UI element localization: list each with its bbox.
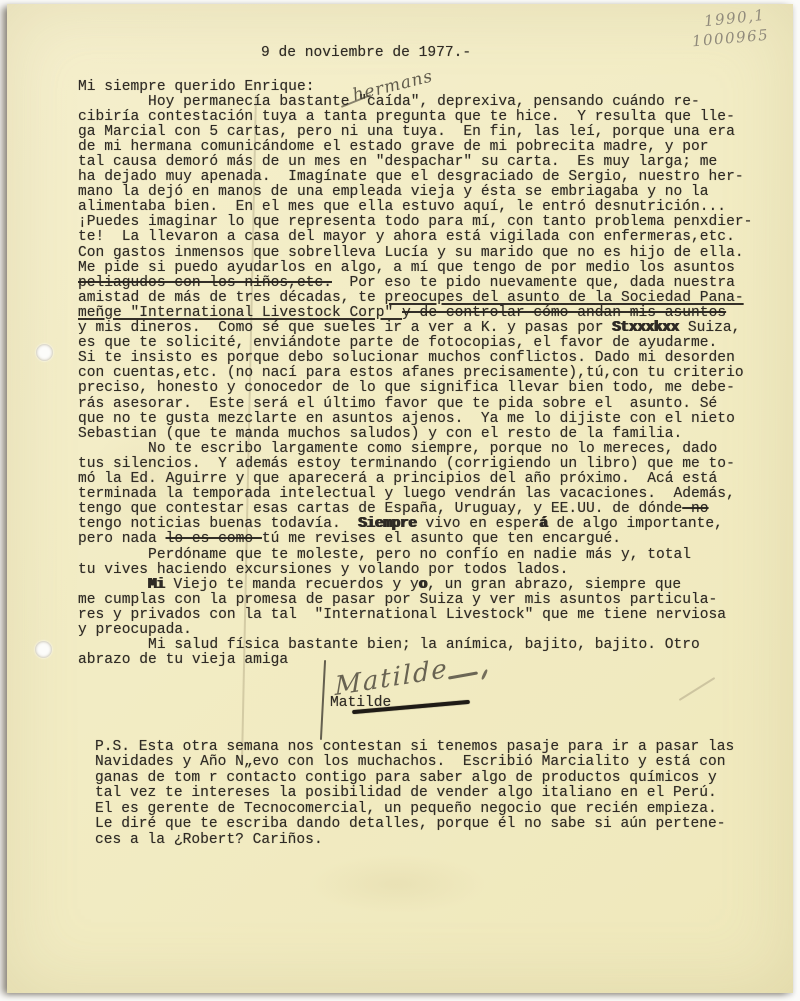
letter-line: preciso, honesto y conocedor de lo que s… xyxy=(78,381,735,396)
letter-line: Le diré que te escriba dando detalles, p… xyxy=(95,817,726,832)
letter-line: tal vez te intereses la posibilidad de v… xyxy=(95,786,717,801)
letter-line: cibiría contestación tuya a tanta pregun… xyxy=(78,110,735,125)
letter-line: tal causa demoró más de un mes en "despa… xyxy=(78,155,717,170)
letter-line: y mis dineros. Como sé que sueles ir a v… xyxy=(78,321,740,336)
letter-line: es que te solicité, enviándote parte de … xyxy=(78,336,717,351)
letter-line: tu vives haciendo excursiones y volando … xyxy=(78,563,568,578)
letter-line: me cumplas con la promesa de pasar por S… xyxy=(78,593,717,608)
letter-line: y preocupada. xyxy=(78,623,192,638)
letter-line: meñge "International Livestock Corp" y d… xyxy=(78,306,726,321)
letter-line: Mi salud física bastante bien; la anímic… xyxy=(78,638,700,653)
letter-line: P.S. Esta otra semana nos contestan si t… xyxy=(95,740,734,755)
letter-line: ga Marcial con 5 cartas, pero ni una tuy… xyxy=(78,125,735,140)
letter-line: Sebastian (que te manda muchos saludos) … xyxy=(78,427,682,442)
paper-stain xyxy=(307,854,487,914)
letter-line: ¡Puedes imaginar lo que representa todo … xyxy=(78,215,752,230)
punch-hole-top xyxy=(36,344,53,361)
letter-line: ha dejado muy apenada. Imagínate que el … xyxy=(78,170,744,185)
letter-line: alimentaba bien. En el mes que ella estu… xyxy=(78,200,726,215)
letter-line: de mi hermana comunicándome el estado gr… xyxy=(78,140,709,155)
letter-line: Me pide si puedo ayudarlos en algo, a mí… xyxy=(78,261,735,276)
letter-line: tengo noticias buenas todavía. Siempre v… xyxy=(78,517,723,532)
letter-line: peliagudos con los niños,etc. Por eso te… xyxy=(78,276,735,291)
letter-line: res y privados con la tal "International… xyxy=(78,608,726,623)
letter-line: ganas de tom r contacto contigo para sab… xyxy=(95,771,717,786)
letter-line: mó la Ed. Aguirre y que aparecerá a prin… xyxy=(78,472,717,487)
letter-line: Perdóname que te moleste, pero no confío… xyxy=(78,548,691,563)
letter-line: No te escribo largamente como siempre, p… xyxy=(78,442,717,457)
punch-hole-bottom xyxy=(35,641,52,658)
letter-line: con cuentas,etc. (no nací para estos afa… xyxy=(78,366,744,381)
letter-line: terminada la temporada intelectual y lue… xyxy=(78,487,735,502)
letter-line: pero nada lo es como tú me revises el as… xyxy=(78,532,621,547)
letter-line: que no te gusta mezclarte en asuntos aje… xyxy=(78,412,735,427)
letter-line: tus silencios. Y además estoy terminando… xyxy=(78,457,735,472)
letter-line: Hoy permanecía bastante "caída", deprexi… xyxy=(78,95,700,110)
letter-line: abrazo de tu vieja amiga xyxy=(78,653,288,668)
letter-line: mano la dejó en manos de una empleada vi… xyxy=(78,185,709,200)
letter-line: ces a la ¿Robert? Cariños. xyxy=(95,833,323,848)
letter-line: El es gerente de Tecnocomercial, un pequ… xyxy=(95,802,717,817)
letter-line: Con gastos inmensos que sobrelleva Lucía… xyxy=(78,246,744,261)
letter-date: 9 de noviembre de 1977.- xyxy=(261,46,471,61)
letter-line: tengo que contestar esas cartas de Españ… xyxy=(78,502,709,517)
letter-line: te! La llevaron a casa del mayor y ahora… xyxy=(78,230,735,245)
letter-greeting: Mi siempre querido Enrique: xyxy=(78,80,314,95)
letter-line: rás asesorar. Este será el último favor … xyxy=(78,397,717,412)
letter-line: Mi Viejo te manda recuerdos y yo, un gra… xyxy=(78,578,681,593)
letter-line: amistad de más de tres décadas, te preoc… xyxy=(78,291,744,306)
letter-line: Si te insisto es porque debo solucionar … xyxy=(78,351,735,366)
letter-line: Navidades y Año N„evo con los muchachos.… xyxy=(95,755,726,770)
scanned-letter-screenshot: { "colors": { "paper": "#f2ecc4", "ink":… xyxy=(0,0,800,1001)
